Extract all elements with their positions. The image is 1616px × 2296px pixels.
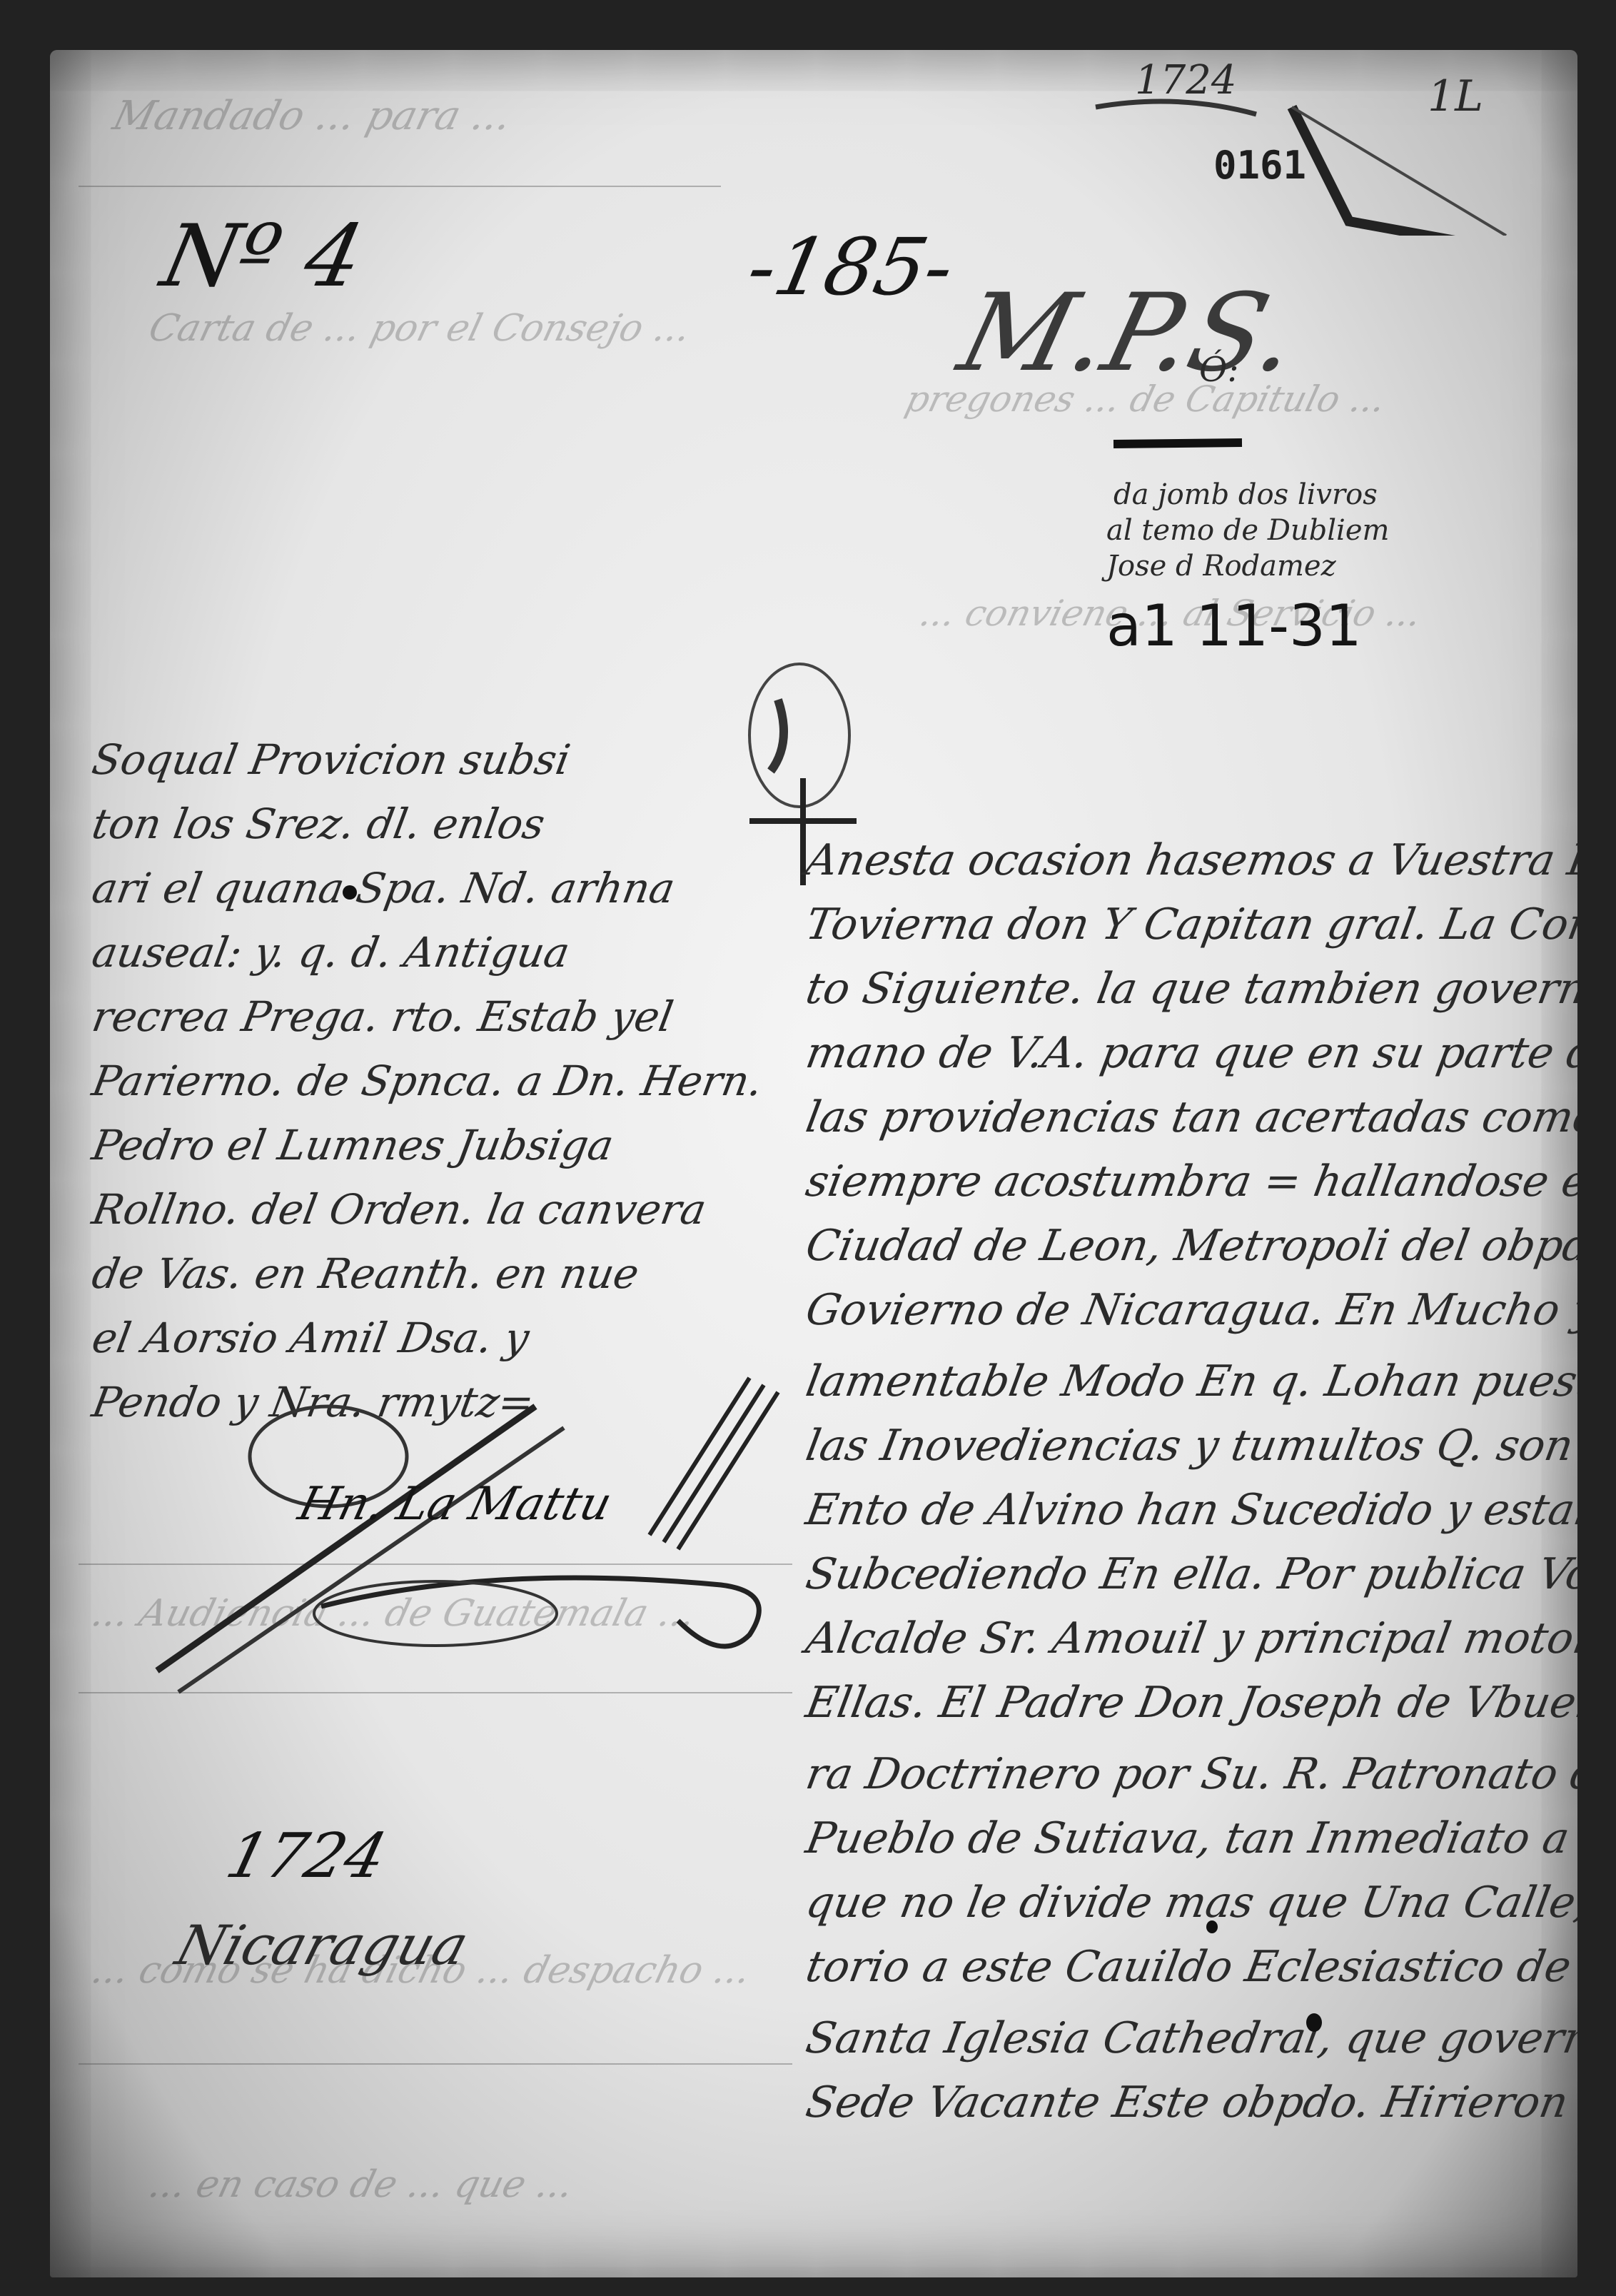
right-line: Tovierna don Y Capitan gral. La Comid xyxy=(802,900,1577,950)
left-line: recrea Prega. rto. Estab yel xyxy=(89,992,677,1041)
center-number: -185- xyxy=(739,221,962,313)
bleedthrough-line: Mandado ... para ... xyxy=(108,93,516,139)
left-line: auseal: y. q. d. Antigua xyxy=(89,928,573,977)
left-line: ari el quana Spa. Nd. arhna xyxy=(89,864,679,912)
bleedthrough-line: Carta de ... por el Consejo ... xyxy=(145,307,695,350)
bleedthrough-line: ... en caso de ... que ... xyxy=(145,2163,578,2206)
right-line: las providencias tan acertadas como xyxy=(802,1092,1577,1142)
right-line: las Inovediencias y tumultos Q. son noto… xyxy=(802,1421,1577,1471)
ink-blot xyxy=(343,885,357,900)
signature-flourish xyxy=(136,1349,814,1721)
archival-reference: a1 11-31 xyxy=(1106,593,1362,659)
left-line: de Vas. en Reanth. en nue xyxy=(89,1249,642,1298)
right-line: mano de V.A. para que en su parte di- xyxy=(802,1028,1577,1078)
right-line: torio a este Cauildo Eclesiastico de est… xyxy=(802,1942,1577,1992)
strikethrough-mark xyxy=(1106,428,1249,457)
right-line: siempre acostumbra = hallandose esta xyxy=(802,1157,1577,1207)
manuscript-page: Mandado ... para ... Carta de ... por el… xyxy=(50,50,1577,2277)
salutation-suffix: Ó: xyxy=(1199,350,1239,390)
right-line: Santa Iglesia Cathedral, que governando xyxy=(802,2013,1577,2063)
right-line: que no le divide mas que Una Calle, no- xyxy=(802,1878,1577,1928)
corner-mark: 1L xyxy=(1428,71,1483,121)
place-note: Nicaragua xyxy=(169,1913,475,1977)
scan-frame: Mandado ... para ... Carta de ... por el… xyxy=(0,0,1616,2296)
right-line: Ellas. El Padre Don Joseph de Vbuerra Cu… xyxy=(802,1678,1577,1728)
left-line: Parierno. de Spnca. a Dn. Hern. xyxy=(89,1057,767,1105)
ink-blot xyxy=(1306,2013,1322,2032)
right-line: Sede Vacante Este obpdo. Hirieron cuyos xyxy=(802,2078,1577,2128)
right-line: Subcediendo En ella. Por publica Voz del xyxy=(802,1549,1577,1599)
bleed-rule xyxy=(79,186,721,187)
bleed-rule xyxy=(79,2063,792,2065)
right-line: Pueblo de Sutiava, tan Inmediato a ella xyxy=(802,1813,1577,1863)
ink-blot xyxy=(1206,1920,1218,1933)
right-line: ra Doctrinero por Su. R. Patronato del xyxy=(802,1749,1577,1799)
salutation: M.P.S. xyxy=(948,271,1311,396)
right-line: lamentable Modo En q. Lohan puesto xyxy=(802,1356,1577,1406)
underline-flourish xyxy=(1092,93,1263,121)
left-line: Rollno. del Orden. la canvera xyxy=(89,1185,710,1234)
right-line: Anesta ocasion hasemos a Vuestra Preside… xyxy=(802,835,1577,885)
archival-note-line-1: da jomb dos livros xyxy=(1113,478,1378,511)
document-number: Nº 4 xyxy=(153,207,371,306)
signature-name: Hn. La Mattu xyxy=(293,1478,617,1531)
left-line: Soqual Provicion subsi xyxy=(89,735,574,784)
left-line: Pedro el Lumnes Jubsiga xyxy=(89,1121,617,1169)
right-line: Govierno de Nicaragua. En Mucho y xyxy=(802,1285,1577,1335)
right-line: to Siguiente. la que tambien governado xyxy=(802,964,1577,1014)
archival-note-line-3: Jose d Rodamez xyxy=(1106,550,1336,583)
left-line: ton los Srez. dl. enlos xyxy=(89,800,548,848)
year-note: 1724 xyxy=(220,1821,394,1892)
right-line: Ento de Alvino han Sucedido y estan xyxy=(802,1485,1577,1535)
archival-note-line-2: al temo de Dubliem xyxy=(1106,514,1389,547)
right-line: Alcalde Sr. Amouil y principal motor de xyxy=(802,1613,1577,1663)
right-line: Ciudad de Leon, Metropoli del obpdo. Y xyxy=(802,1221,1577,1271)
